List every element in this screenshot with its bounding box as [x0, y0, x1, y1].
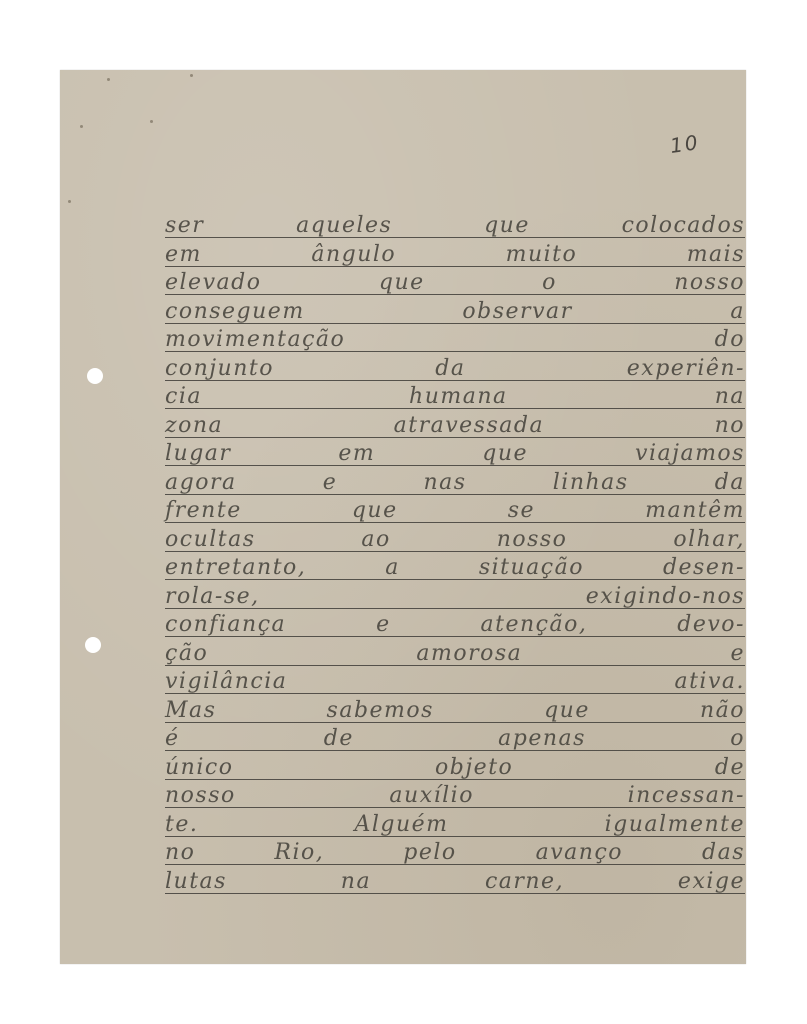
handwritten-word: em: [338, 442, 375, 466]
handwritten-word: e: [323, 471, 338, 495]
handwritten-word: que: [482, 442, 528, 466]
handwritten-word: exigindo-nos: [586, 585, 745, 609]
handwritten-word: ativa.: [674, 670, 745, 694]
handwritten-word: no: [165, 841, 195, 865]
handwritten-word: confiança: [165, 613, 286, 637]
handwritten-word: que: [544, 699, 590, 723]
handwritten-word: do: [715, 328, 745, 352]
handwritten-word: auxílio: [389, 784, 474, 808]
handwritten-word: é: [165, 727, 180, 751]
handwritten-word: nosso: [497, 528, 568, 552]
handwritten-line: elevadoqueonosso: [165, 267, 745, 295]
handwritten-word: colocados: [622, 214, 745, 238]
handwritten-word: desen-: [663, 556, 745, 580]
handwritten-word: que: [352, 499, 398, 523]
handwritten-word: Alguém: [354, 813, 448, 837]
handwritten-word: conseguem: [165, 300, 305, 324]
handwritten-line: entretanto,asituaçãodesen-: [165, 552, 745, 580]
handwritten-word: atenção,: [481, 613, 588, 637]
handwritten-word: se: [508, 499, 535, 523]
handwritten-word: na: [715, 385, 745, 409]
paper-speck: [68, 200, 71, 203]
handwritten-line: lugaremqueviajamos: [165, 438, 745, 466]
handwritten-word: da: [715, 471, 745, 495]
paper-speck: [190, 74, 193, 77]
handwritten-line: frentequesemantêm: [165, 495, 745, 523]
handwritten-line: rola-se,exigindo-nos: [165, 581, 745, 609]
handwritten-line: vigilânciaativa.: [165, 666, 745, 694]
page-number: 10: [668, 130, 701, 158]
handwritten-word: que: [379, 271, 425, 295]
handwritten-word: na: [341, 870, 371, 894]
handwritten-line: agoraenaslinhasda: [165, 467, 745, 495]
handwritten-word: vigilância: [165, 670, 287, 694]
handwritten-line: emângulomuitomais: [165, 239, 745, 267]
handwritten-word: zona: [165, 414, 223, 438]
punch-hole-bottom: [85, 637, 101, 653]
handwritten-word: lutas: [165, 870, 227, 894]
handwritten-line: conjuntodaexperiên-: [165, 353, 745, 381]
handwritten-line: Massabemosquenão: [165, 695, 745, 723]
handwritten-word: ângulo: [311, 243, 396, 267]
handwritten-word: conjunto: [165, 357, 274, 381]
handwritten-line: movimentaçãodo: [165, 324, 745, 352]
paper-speck: [150, 120, 153, 123]
handwritten-word: muito: [506, 243, 578, 267]
handwritten-word: único: [165, 756, 233, 780]
handwritten-word: frente: [165, 499, 242, 523]
handwritten-word: avanço: [536, 841, 623, 865]
handwritten-word: movimentação: [165, 328, 345, 352]
handwritten-word: te.: [165, 813, 198, 837]
handwritten-line: édeapenaso: [165, 723, 745, 751]
handwritten-word: atravessada: [394, 414, 544, 438]
paper-speck: [80, 125, 83, 128]
handwritten-word: mais: [687, 243, 745, 267]
handwritten-word: agora: [165, 471, 237, 495]
handwritten-word: não: [700, 699, 745, 723]
handwritten-line: nossoauxílioincessan-: [165, 780, 745, 808]
handwritten-word: de: [715, 756, 745, 780]
handwritten-word: observar: [462, 300, 572, 324]
handwritten-word: em: [165, 243, 202, 267]
handwritten-word: ao: [361, 528, 390, 552]
handwritten-word: nosso: [165, 784, 236, 808]
handwritten-line: ciahumanana: [165, 381, 745, 409]
handwritten-word: da: [435, 357, 465, 381]
handwritten-line: noRio,peloavançodas: [165, 837, 745, 865]
handwritten-word: que: [484, 214, 530, 238]
handwritten-word: e: [730, 642, 745, 666]
handwritten-word: exige: [678, 870, 745, 894]
handwritten-word: rola-se,: [165, 585, 260, 609]
handwritten-word: Rio,: [274, 841, 324, 865]
handwritten-line: seraquelesquecolocados: [165, 210, 745, 238]
handwritten-line: ocultasaonossoolhar,: [165, 524, 745, 552]
handwritten-word: aqueles: [296, 214, 392, 238]
handwritten-line: zonaatravessadano: [165, 410, 745, 438]
handwritten-word: nas: [423, 471, 466, 495]
handwritten-word: no: [715, 414, 745, 438]
handwritten-word: lugar: [165, 442, 231, 466]
handwritten-word: amorosa: [416, 642, 522, 666]
handwritten-word: ção: [165, 642, 208, 666]
handwritten-word: cia: [165, 385, 202, 409]
handwritten-word: apenas: [498, 727, 586, 751]
handwritten-word: de: [324, 727, 354, 751]
handwritten-word: linhas: [553, 471, 629, 495]
handwritten-word: carne,: [485, 870, 564, 894]
handwritten-word: o: [542, 271, 557, 295]
handwritten-word: situação: [479, 556, 584, 580]
handwritten-word: experiên-: [627, 357, 745, 381]
handwritten-word: das: [702, 841, 745, 865]
handwritten-word: humana: [409, 385, 508, 409]
handwritten-word: elevado: [165, 271, 261, 295]
handwritten-line: lutasnacarne,exige: [165, 866, 745, 894]
handwritten-word: ser: [165, 214, 204, 238]
handwritten-word: ocultas: [165, 528, 256, 552]
handwritten-word: e: [376, 613, 391, 637]
handwritten-word: objeto: [435, 756, 513, 780]
handwritten-line: conseguemobservara: [165, 296, 745, 324]
handwritten-line: te.Alguémigualmente: [165, 809, 745, 837]
paper-speck: [107, 78, 110, 81]
punch-hole-top: [87, 368, 103, 384]
handwritten-line: çãoamorosae: [165, 638, 745, 666]
handwritten-word: o: [730, 727, 745, 751]
handwritten-word: a: [730, 300, 745, 324]
handwritten-word: igualmente: [605, 813, 745, 837]
handwritten-word: pelo: [403, 841, 456, 865]
handwritten-word: viajamos: [635, 442, 745, 466]
handwritten-word: incessan-: [628, 784, 745, 808]
handwritten-word: a: [385, 556, 400, 580]
handwritten-word: devo-: [677, 613, 745, 637]
handwritten-word: mantêm: [645, 499, 745, 523]
handwritten-word: Mas: [165, 699, 216, 723]
handwritten-word: nosso: [674, 271, 745, 295]
handwritten-line: únicoobjetode: [165, 752, 745, 780]
handwritten-word: olhar,: [673, 528, 745, 552]
handwritten-line: confiançaeatenção,devo-: [165, 609, 745, 637]
handwritten-word: sabemos: [327, 699, 434, 723]
handwritten-word: entretanto,: [165, 556, 306, 580]
